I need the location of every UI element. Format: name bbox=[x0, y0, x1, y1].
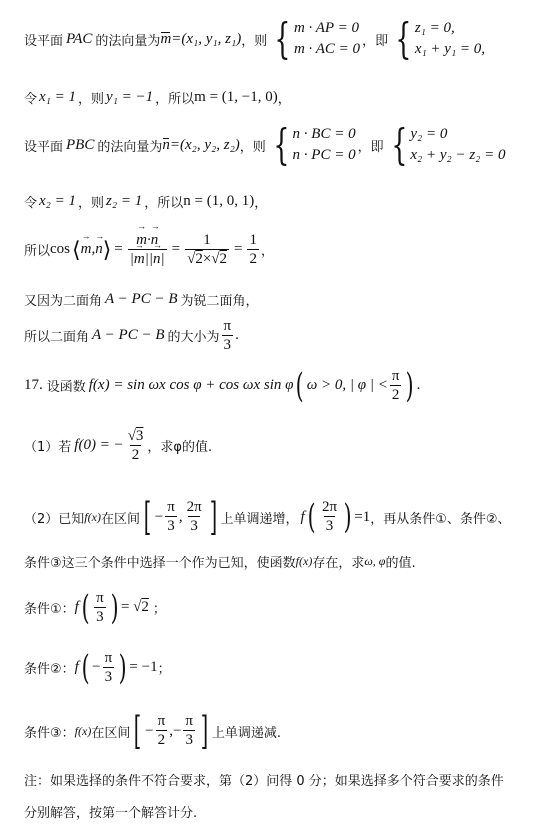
text: 又因为二面角 bbox=[24, 290, 102, 309]
dihedral-angle: A − PC − B bbox=[105, 291, 177, 308]
equation: n · BC = 0 bbox=[293, 126, 356, 143]
text: 令 bbox=[24, 192, 37, 211]
right-paren-icon: ) bbox=[344, 500, 352, 534]
part-1: （1）若 f(0) = −√32 ，求φ的值. bbox=[24, 428, 212, 464]
equation-system: { z₁ = 0, x₁ + y₁ = 0, bbox=[390, 18, 485, 60]
text: ， bbox=[278, 88, 291, 107]
text: 为锐二面角， bbox=[180, 290, 258, 309]
text: ，再从条件①、条件②、 bbox=[370, 508, 510, 527]
text: 的值. bbox=[385, 552, 415, 571]
note-text: 注：如果选择的条件不符合要求，第（2）问得 0 分；如果选择多个符合要求的条件 bbox=[24, 770, 504, 789]
text: ， bbox=[254, 192, 267, 211]
left-paren-icon: ( bbox=[296, 369, 304, 403]
set-x1-line: 令 x₁ = 1 ，则 y₁ = −1 ，所以 m = (1, −1, 0) ， bbox=[24, 88, 291, 107]
text: 在区间 bbox=[91, 722, 130, 741]
interval-expression: −π2,−π3 bbox=[145, 713, 197, 749]
equation: n · PC = 0 bbox=[293, 147, 356, 164]
part-label: （2）已知 bbox=[24, 508, 84, 527]
text: 设平面 bbox=[24, 136, 63, 155]
part-2-continued: 条件③这三个条件中选择一个作为已知，使函数 f(x) 存在，求 ω, φ 的值. bbox=[24, 552, 416, 571]
function-ref: f(x) bbox=[296, 554, 313, 569]
dihedral-angle: A − PC − B bbox=[92, 327, 164, 344]
equation: z₁ = 0, bbox=[415, 20, 485, 37]
right-paren-icon: ) bbox=[110, 591, 118, 625]
vector-result: m = (1, −1, 0) bbox=[194, 89, 278, 106]
text: ，所以 bbox=[155, 88, 194, 107]
text: ，即 bbox=[362, 30, 388, 49]
right-bracket-icon: ] bbox=[209, 498, 216, 536]
text: 在区间 bbox=[101, 508, 140, 527]
vector-components: =(x₂, y₂, z₂) bbox=[170, 137, 240, 154]
normal-vector-pac-line: 设平面 PAC 的法向量为 m =(x₁, y₁, z₁) ，则 { m · A… bbox=[24, 18, 487, 60]
vector-components: =(x₁, y₁, z₁) bbox=[171, 31, 241, 48]
equation: x₂ = 1 bbox=[39, 193, 76, 210]
equation: x₁ = 1 bbox=[39, 89, 76, 106]
text: ； bbox=[153, 598, 166, 617]
left-bracket-icon: [ bbox=[144, 498, 151, 536]
set-x2-line: 令 x₂ = 1 ，则 z₂ = 1 ，所以 n = (1, 0, 1) ， bbox=[24, 192, 267, 211]
right-bracket-icon: ] bbox=[201, 712, 208, 750]
text: 上单调递减. bbox=[212, 722, 281, 741]
equation: y₁ = −1 bbox=[106, 89, 153, 106]
left-paren-icon: ( bbox=[81, 651, 89, 685]
text: ，则 bbox=[78, 88, 104, 107]
left-brace-icon: { bbox=[391, 124, 407, 166]
text: 设平面 bbox=[24, 30, 63, 49]
text: ，则 bbox=[78, 192, 104, 211]
problem-17-statement: 17. 设函数 f(x) = sin ωx cos φ + cos ωx sin… bbox=[24, 368, 420, 404]
normal-vector-pbc-line: 设平面 PBC 的法向量为 n =(x₂, y₂, z₂) ，则 { n · B… bbox=[24, 124, 508, 166]
text: . bbox=[417, 377, 421, 394]
text: 令 bbox=[24, 88, 37, 107]
condition-label: 条件①： bbox=[24, 598, 75, 617]
condition-3: 条件③： f(x) 在区间 [ −π2,−π3 ] 上单调递减. bbox=[24, 712, 281, 750]
text: 设函数 bbox=[47, 376, 86, 395]
left-brace-icon: { bbox=[395, 18, 411, 60]
cos-expression: cos ⟨m,n⟩ = m·n|m||n| = 1√2×√2 = 12 bbox=[50, 232, 261, 268]
left-paren-icon: ( bbox=[81, 591, 89, 625]
equation-system: { m · AP = 0 m · AC = 0 bbox=[269, 18, 360, 60]
text: 所以 bbox=[24, 240, 50, 259]
text: 的法向量为 bbox=[95, 30, 160, 49]
equation: x₂ + y₂ − z₂ = 0 bbox=[410, 147, 505, 164]
text: . bbox=[235, 327, 239, 344]
left-brace-icon: { bbox=[273, 124, 289, 166]
condition-label: 条件②： bbox=[24, 658, 75, 677]
note-line-1: 注：如果选择的条件不符合要求，第（2）问得 0 分；如果选择多个符合要求的条件 bbox=[24, 770, 504, 789]
condition-expression: ω > 0, | φ | < π2 bbox=[307, 368, 404, 404]
part-2: （2）已知 f(x) 在区间 [ −π3,2π3 ] 上单调递增， f ( 2π… bbox=[24, 498, 511, 536]
right-paren-icon: ) bbox=[406, 369, 414, 403]
left-bracket-icon: [ bbox=[134, 712, 141, 750]
text: 条件③这三个条件中选择一个作为已知，使函数 bbox=[24, 552, 296, 571]
right-paren-icon: ) bbox=[119, 651, 127, 685]
angle-size-line: 所以二面角 A − PC − B 的大小为 π3 . bbox=[24, 318, 239, 354]
plane-name: PAC bbox=[66, 31, 92, 48]
equation: x₁ + y₁ = 0, bbox=[415, 41, 485, 58]
text: ，所以 bbox=[144, 192, 183, 211]
text: ，则 bbox=[241, 30, 267, 49]
left-paren-icon: ( bbox=[307, 500, 315, 534]
condition-label: 条件③： bbox=[24, 722, 75, 741]
text: 所以二面角 bbox=[24, 326, 89, 345]
text: 的大小为 bbox=[167, 326, 219, 345]
function-ref: f(x) bbox=[75, 724, 92, 739]
text: ，即 bbox=[358, 136, 384, 155]
equation-system: { y₂ = 0 x₂ + y₂ − z₂ = 0 bbox=[386, 124, 506, 166]
function-definition: f(x) = sin ωx cos φ + cos ωx sin φ bbox=[89, 377, 294, 394]
text: ， bbox=[261, 240, 274, 259]
problem-number: 17. bbox=[24, 377, 43, 394]
text: 存在，求 bbox=[312, 552, 364, 571]
equation: y₂ = 0 bbox=[410, 126, 505, 143]
text: 上单调递增， bbox=[220, 508, 298, 527]
equation: m · AP = 0 bbox=[294, 20, 360, 37]
condition-1: 条件①： f ( π3 ) = √2 ； bbox=[24, 590, 166, 626]
note-text: 分别解答，按第一个解答计分. bbox=[24, 802, 197, 821]
vector-n: n bbox=[162, 137, 170, 154]
equation-system: { n · BC = 0 n · PC = 0 bbox=[268, 124, 356, 166]
cosine-line: 所以 cos ⟨m,n⟩ = m·n|m||n| = 1√2×√2 = 12 ， bbox=[24, 232, 274, 268]
condition-2: 条件②： f ( −π3 ) = −1 ； bbox=[24, 650, 171, 686]
vector-m: m bbox=[160, 31, 171, 48]
plane-name: PBC bbox=[66, 137, 94, 154]
left-brace-icon: { bbox=[275, 18, 291, 60]
text: ，求φ的值. bbox=[147, 436, 212, 455]
f0-expression: f(0) = −√32 bbox=[74, 428, 147, 464]
note-line-2: 分别解答，按第一个解答计分. bbox=[24, 802, 197, 821]
equation: m · AC = 0 bbox=[294, 41, 360, 58]
vector-result: n = (1, 0, 1) bbox=[183, 193, 254, 210]
function-ref: f(x) bbox=[84, 510, 101, 525]
acute-angle-line: 又因为二面角 A − PC − B 为锐二面角， bbox=[24, 290, 259, 309]
text: 的法向量为 bbox=[97, 136, 162, 155]
equation: z₂ = 1 bbox=[106, 193, 142, 210]
text: ； bbox=[158, 658, 171, 677]
interval-expression: −π3,2π3 bbox=[155, 499, 206, 535]
variables: ω, φ bbox=[364, 554, 385, 569]
pi-over-3: π3 bbox=[222, 318, 234, 354]
text: ，则 bbox=[240, 136, 266, 155]
part-label: （1）若 bbox=[24, 436, 71, 455]
